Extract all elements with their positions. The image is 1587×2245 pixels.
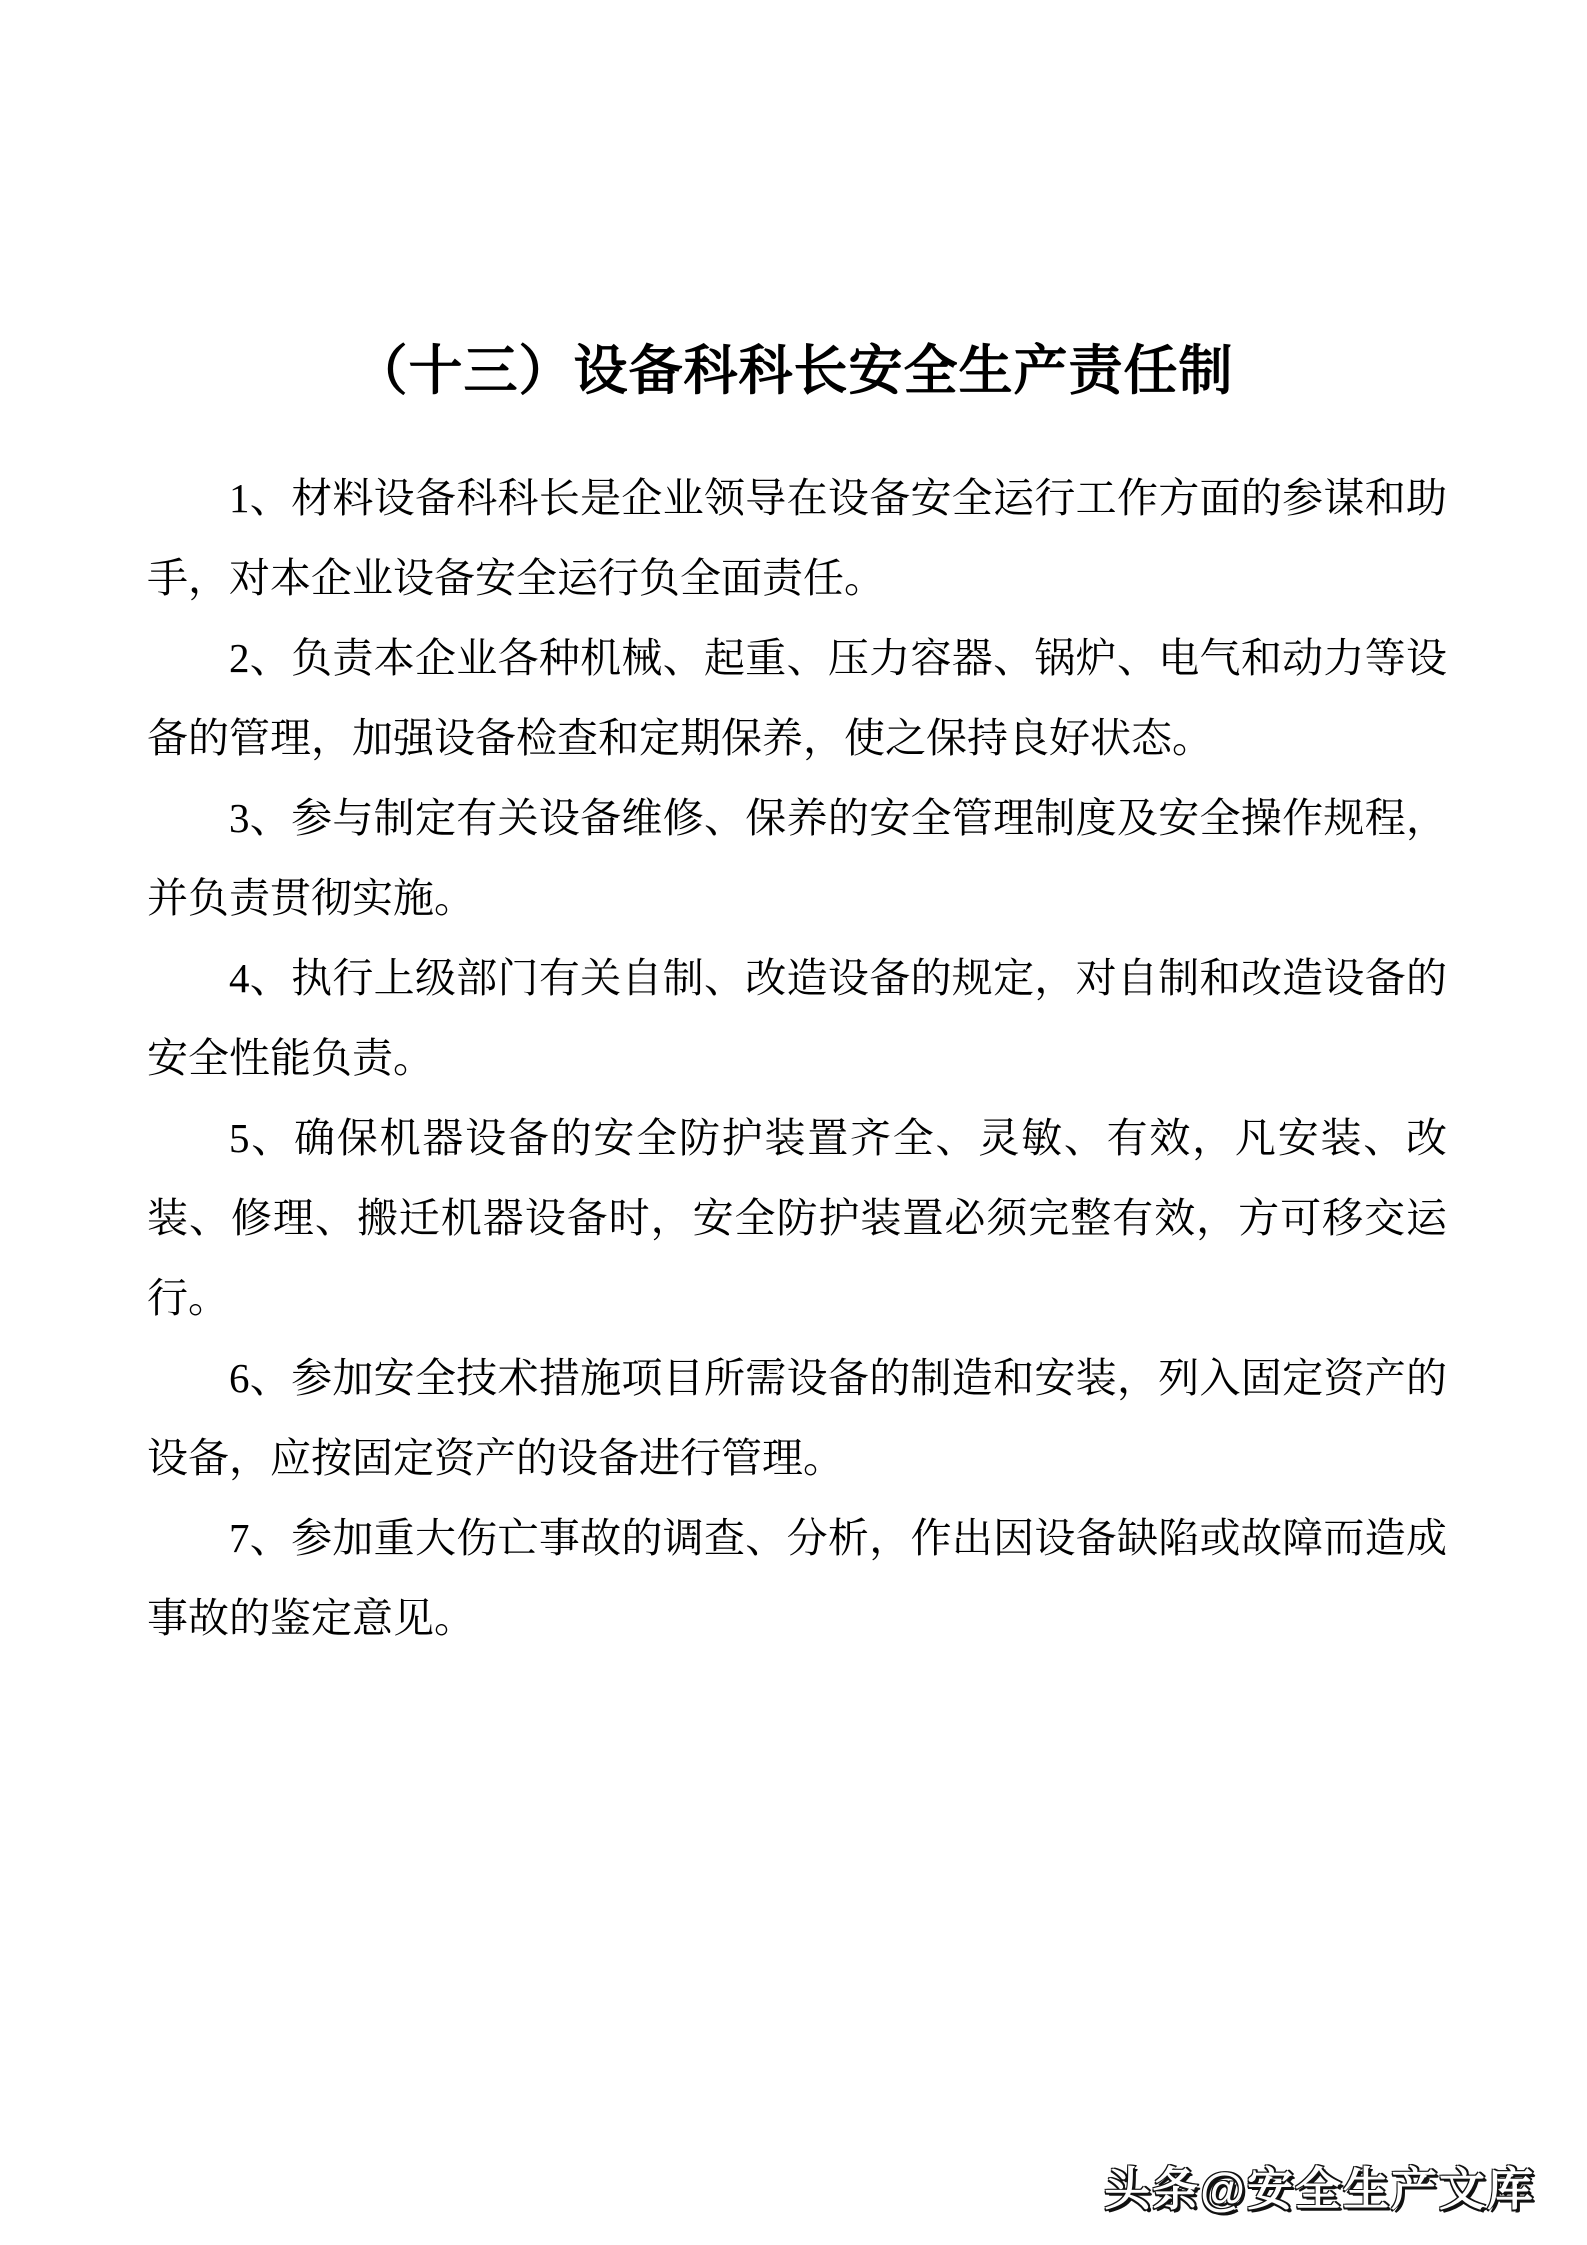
paragraph-3: 3、参与制定有关设备维修、保养的安全管理制度及安全操作规程，并负责贯彻实施。 — [147, 778, 1447, 938]
paragraph-6: 6、参加安全技术措施项目所需设备的制造和安装，列入固定资产的设备，应按固定资产的… — [147, 1338, 1447, 1498]
page-title: （十三）设备科科长安全生产责任制 — [0, 328, 1587, 405]
document-page: （十三）设备科科长安全生产责任制 1、材料设备科科长是企业领导在设备安全运行工作… — [0, 0, 1587, 2245]
paragraph-4: 4、执行上级部门有关自制、改造设备的规定，对自制和改造设备的安全性能负责。 — [147, 938, 1447, 1098]
paragraph-1: 1、材料设备科科长是企业领导在设备安全运行工作方面的参谋和助手，对本企业设备安全… — [147, 458, 1447, 618]
watermark-text: 头条@安全生产文库 — [1104, 2153, 1535, 2219]
paragraph-5: 5、确保机器设备的安全防护装置齐全、灵敏、有效，凡安装、改装、修理、搬迁机器设备… — [147, 1098, 1447, 1338]
paragraph-2: 2、负责本企业各种机械、起重、压力容器、锅炉、电气和动力等设备的管理，加强设备检… — [147, 618, 1447, 778]
document-body: 1、材料设备科科长是企业领导在设备安全运行工作方面的参谋和助手，对本企业设备安全… — [147, 458, 1447, 1658]
paragraph-7: 7、参加重大伤亡事故的调查、分析，作出因设备缺陷或故障而造成事故的鉴定意见。 — [147, 1498, 1447, 1658]
